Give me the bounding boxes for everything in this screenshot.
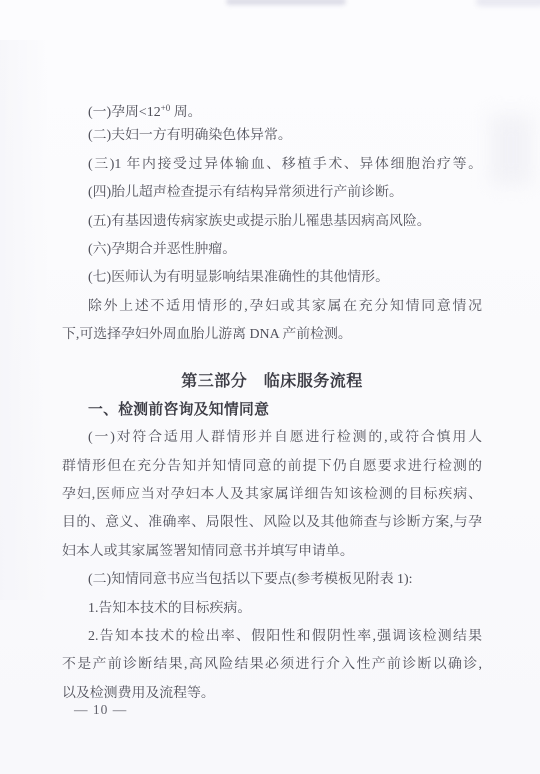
page-number: — 10 — <box>74 702 127 718</box>
indication-item-3: (三)1 年内接受过异体输血、移植手术、异体细胞治疗等。 <box>62 151 482 179</box>
paragraph-1-line-4: 目的、意义、准确率、局限性、风险以及其他筛查与诊断方案,与孕 <box>62 509 482 537</box>
indication-item-7: (七)医师认为有明显影响结果准确性的其他情形。 <box>62 264 482 292</box>
gestational-week-superscript: +0 <box>161 103 171 113</box>
point-1-line-1: 1.告知本技术的目标疾病。 <box>62 595 482 623</box>
scan-artifact-right-blotch <box>490 115 532 185</box>
indication-item-1: (一)孕周<12+0 周。 <box>62 94 482 122</box>
indication-item-2: (二)夫妇一方有明确染色体异常。 <box>62 122 482 150</box>
indication-item-5: (五)有基因遗传病家族史或提示胎儿罹患基因病高风险。 <box>62 208 482 236</box>
indication-item-1-tail: 周。 <box>170 105 201 120</box>
closing-paragraph-line-1: 除外上述不适用情形的,孕妇或其家属在充分知情同意情况 <box>62 293 482 321</box>
indication-item-1-text: (一)孕周<12 <box>88 105 161 120</box>
scan-artifact-top-streak <box>226 0 346 5</box>
closing-paragraph-line-2: 下,可选择孕妇外周血胎儿游离 DNA 产前检测。 <box>62 321 482 349</box>
indication-item-4: (四)胎儿超声检查提示有结构异常须进行产前诊断。 <box>62 179 482 207</box>
scan-artifact-left-shade <box>0 40 48 600</box>
paragraph-1-line-5: 妇本人或其家属签署知情同意书并填写申请单。 <box>62 538 482 566</box>
document-body: (一)孕周<12+0 周。 (二)夫妇一方有明确染色体异常。 (三)1 年内接受… <box>62 94 482 708</box>
paragraph-1-line-3: 孕妇,医师应当对孕妇本人及其家属详细告知该检测的目标疾病、 <box>62 481 482 509</box>
scanned-document-page: (一)孕周<12+0 周。 (二)夫妇一方有明确染色体异常。 (三)1 年内接受… <box>0 0 540 774</box>
indication-item-6: (六)孕期合并恶性肿瘤。 <box>62 236 482 264</box>
section-heading: 一、检测前咨询及知情同意 <box>62 396 482 424</box>
scan-artifact-top-right-streak <box>476 0 540 6</box>
part-heading: 第三部分 临床服务流程 <box>62 368 482 396</box>
paragraph-2-line-1: (二)知情同意书应当包括以下要点(参考模板见附表 1): <box>62 566 482 594</box>
point-2-line-1: 2.告知本技术的检出率、假阳性和假阴性率,强调该检测结果 <box>62 623 482 651</box>
paragraph-1-line-1: (一)对符合适用人群情形并自愿进行检测的,或符合慎用人 <box>62 424 482 452</box>
point-2-line-2: 不是产前诊断结果,高风险结果必须进行介入性产前诊断以确诊, <box>62 651 482 679</box>
paragraph-1-line-2: 群情形但在充分告知并知情同意的前提下仍自愿要求进行检测的 <box>62 453 482 481</box>
